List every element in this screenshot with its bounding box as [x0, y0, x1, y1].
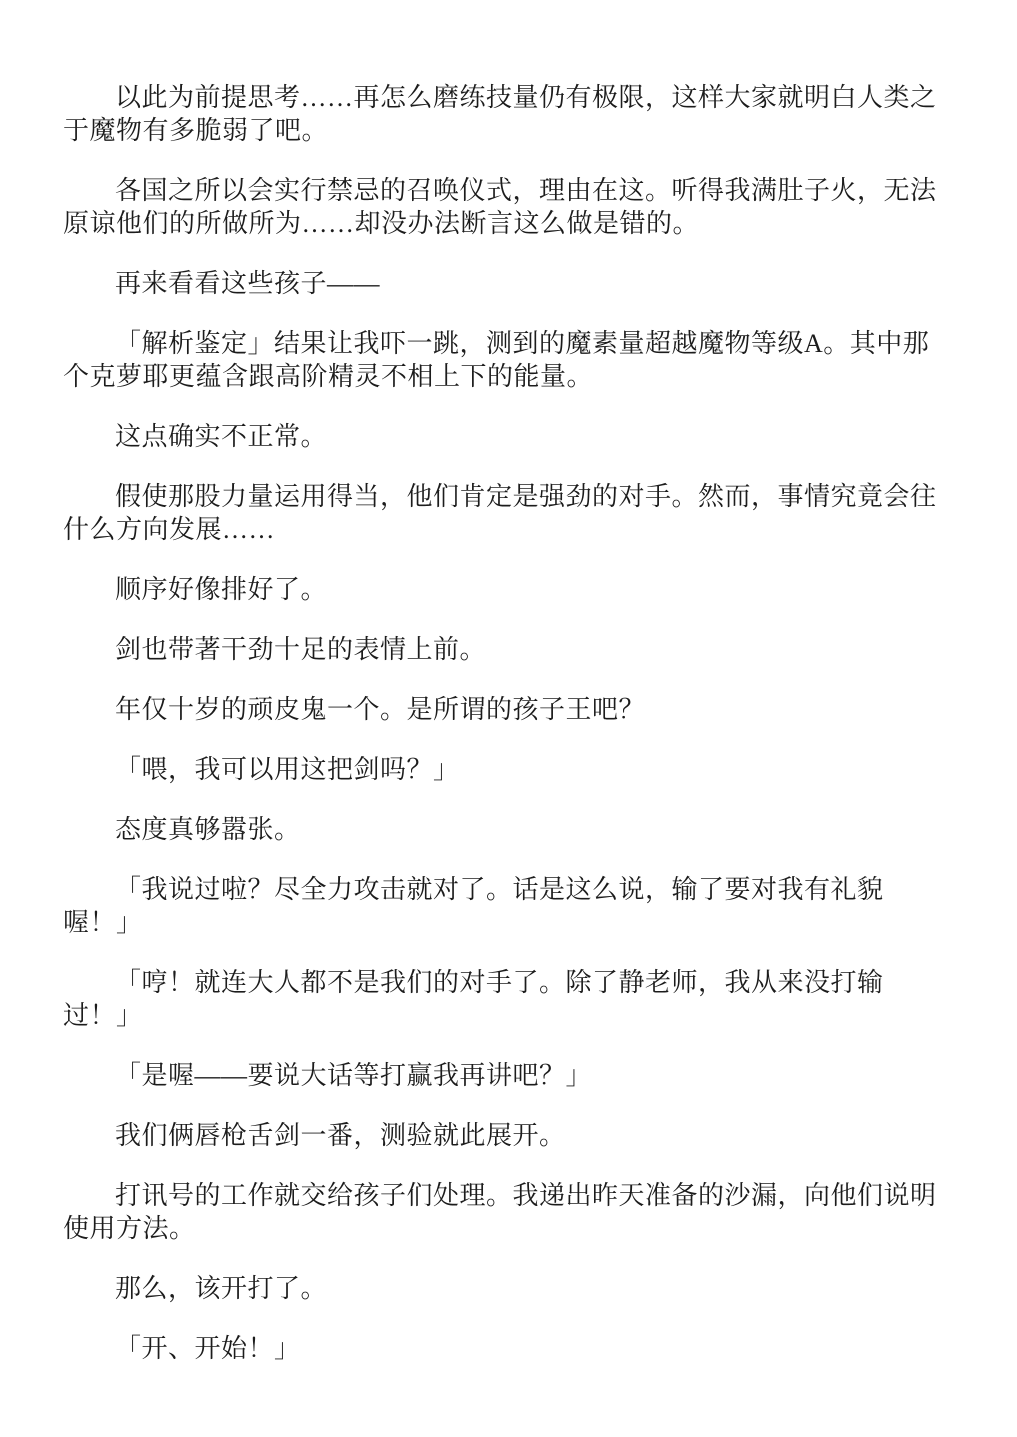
text-line: 「哼！就连大人都不是我们的对手了。除了静老师，我从来没打输: [63, 966, 939, 999]
text-line: 以此为前提思考……再怎么磨练技量仍有极限，这样大家就明白人类之: [63, 81, 939, 114]
paragraph: 「喂，我可以用这把剑吗？」: [63, 753, 939, 786]
paragraph: 以此为前提思考……再怎么磨练技量仍有极限，这样大家就明白人类之 于魔物有多脆弱了…: [63, 81, 939, 147]
text-line: 「是喔——要说大话等打赢我再讲吧？」: [63, 1059, 939, 1092]
document-page: 以此为前提思考……再怎么磨练技量仍有极限，这样大家就明白人类之 于魔物有多脆弱了…: [0, 0, 1017, 1437]
text-line: 打讯号的工作就交给孩子们处理。我递出昨天准备的沙漏，向他们说明: [63, 1179, 939, 1212]
paragraph: 假使那股力量运用得当，他们肯定是强劲的对手。然而，事情究竟会往 什么方向发展……: [63, 480, 939, 546]
text-line: 「喂，我可以用这把剑吗？」: [63, 753, 939, 786]
paragraph: 「我说过啦？尽全力攻击就对了。话是这么说，输了要对我有礼貌 喔！」: [63, 873, 939, 939]
paragraph: 各国之所以会实行禁忌的召唤仪式，理由在这。听得我满肚子火，无法 原谅他们的所做所…: [63, 174, 939, 240]
text-line: 于魔物有多脆弱了吧。: [63, 114, 939, 147]
text-line: 个克萝耶更蕴含跟高阶精灵不相上下的能量。: [63, 360, 939, 393]
paragraph: 「开、开始！」: [63, 1332, 939, 1365]
paragraph: 这点确实不正常。: [63, 420, 939, 453]
paragraph: 那么，该开打了。: [63, 1272, 939, 1305]
paragraph: 顺序好像排好了。: [63, 573, 939, 606]
text-line: 什么方向发展……: [63, 513, 939, 546]
text-line: 过！」: [63, 999, 939, 1032]
text-line: 假使那股力量运用得当，他们肯定是强劲的对手。然而，事情究竟会往: [63, 480, 939, 513]
paragraph: 打讯号的工作就交给孩子们处理。我递出昨天准备的沙漏，向他们说明 使用方法。: [63, 1179, 939, 1245]
paragraph: 我们俩唇枪舌剑一番，测验就此展开。: [63, 1119, 939, 1152]
text-line: 我们俩唇枪舌剑一番，测验就此展开。: [63, 1119, 939, 1152]
text-line: 剑也带著干劲十足的表情上前。: [63, 633, 939, 666]
text-line: 「我说过啦？尽全力攻击就对了。话是这么说，输了要对我有礼貌: [63, 873, 939, 906]
paragraph: 「是喔——要说大话等打赢我再讲吧？」: [63, 1059, 939, 1092]
page-background: { "page": { "background_color": "#ffffff…: [0, 0, 1017, 1437]
text-line: 「开、开始！」: [63, 1332, 939, 1365]
text-line: 原谅他们的所做所为……却没办法断言这么做是错的。: [63, 207, 939, 240]
paragraph: 再来看看这些孩子——: [63, 267, 939, 300]
text-line: 态度真够嚣张。: [63, 813, 939, 846]
text-line: 那么，该开打了。: [63, 1272, 939, 1305]
text-line: 年仅十岁的顽皮鬼一个。是所谓的孩子王吧？: [63, 693, 939, 726]
text-line: 各国之所以会实行禁忌的召唤仪式，理由在这。听得我满肚子火，无法: [63, 174, 939, 207]
paragraph: 年仅十岁的顽皮鬼一个。是所谓的孩子王吧？: [63, 693, 939, 726]
text-line: 这点确实不正常。: [63, 420, 939, 453]
text-line: 喔！」: [63, 906, 939, 939]
paragraph: 态度真够嚣张。: [63, 813, 939, 846]
text-line: 再来看看这些孩子——: [63, 267, 939, 300]
paragraph: 「哼！就连大人都不是我们的对手了。除了静老师，我从来没打输 过！」: [63, 966, 939, 1032]
text-line: 使用方法。: [63, 1212, 939, 1245]
paragraph: 「解析鉴定」结果让我吓一跳，测到的魔素量超越魔物等级A。其中那 个克萝耶更蕴含跟…: [63, 327, 939, 393]
paragraph: 剑也带著干劲十足的表情上前。: [63, 633, 939, 666]
text-content: 以此为前提思考……再怎么磨练技量仍有极限，这样大家就明白人类之 于魔物有多脆弱了…: [63, 81, 939, 1365]
text-line: 「解析鉴定」结果让我吓一跳，测到的魔素量超越魔物等级A。其中那: [63, 327, 939, 360]
text-line: 顺序好像排好了。: [63, 573, 939, 606]
